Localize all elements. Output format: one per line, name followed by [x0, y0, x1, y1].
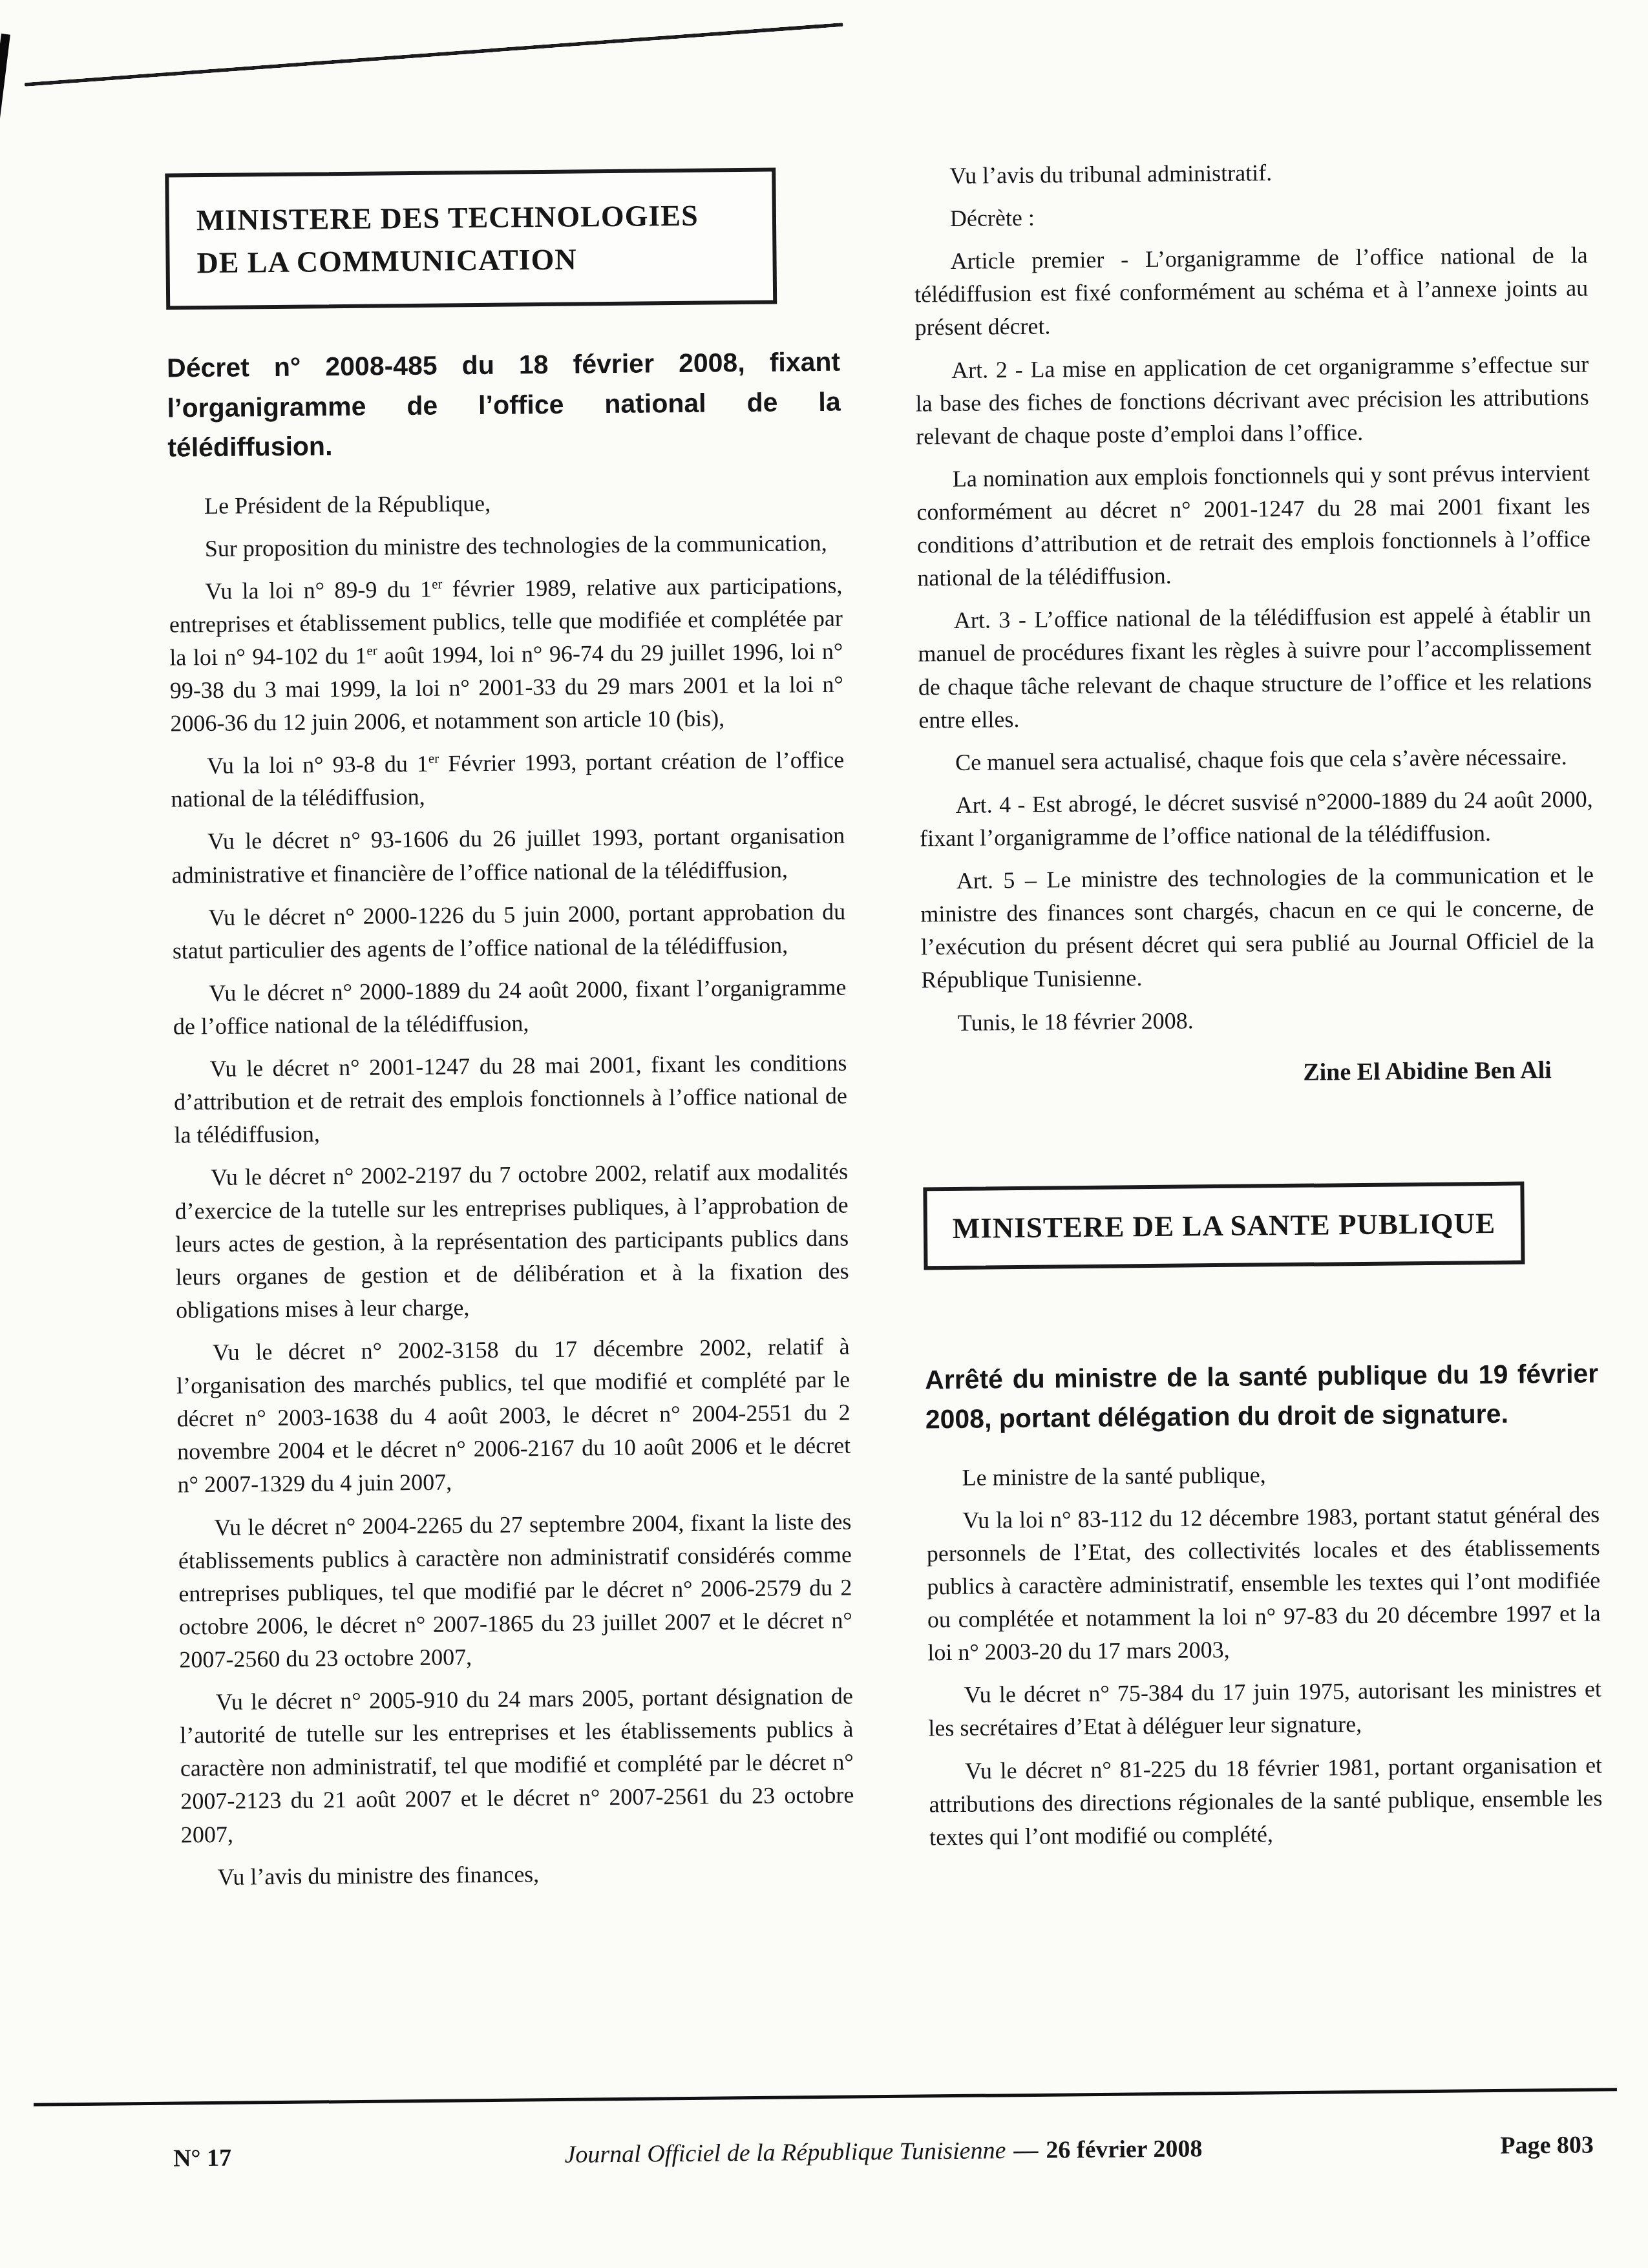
right-column-paragraphs: Vu l’avis du tribunal administratif.Décr…: [913, 153, 1594, 996]
scan-corner-artifact: [0, 34, 10, 143]
paragraph: Le Président de la République,: [168, 483, 841, 523]
left-column: MINISTERE DES TECHNOLOGIESDE LA COMMUNIC…: [165, 161, 855, 1904]
paragraph: Vu le décret n° 2002-2197 du 7 octobre 2…: [174, 1155, 849, 1327]
page-content: MINISTERE DES TECHNOLOGIESDE LA COMMUNIC…: [165, 154, 1602, 1904]
footer-rule: [34, 2088, 1617, 2106]
footer-center: Journal Officiel de la République Tunisi…: [386, 2133, 1380, 2171]
footer-date: 26 février 2008: [1046, 2135, 1202, 2163]
right-column: Vu l’avis du tribunal administratif.Décr…: [913, 153, 1603, 1896]
paragraph: Vu le décret n° 2005-910 du 24 mars 2005…: [180, 1680, 854, 1852]
paragraph: Vu le décret n° 93-1606 du 26 juillet 19…: [171, 819, 845, 892]
paragraph: Vu le décret n° 81-225 du 18 février 198…: [929, 1748, 1603, 1854]
paragraph: Vu le décret n° 2000-1889 du 24 août 200…: [173, 971, 847, 1043]
paragraph: Article premier - L’organigramme de l’of…: [914, 239, 1588, 344]
paragraph: Vu la loi n° 93-8 du 1er Février 1993, p…: [171, 744, 845, 816]
ministry-box-title-line: MINISTERE DES TECHNOLOGIES: [196, 196, 760, 239]
paragraph: Art. 2 - La mise en application de cet o…: [915, 348, 1589, 453]
right-column-paragraphs-after: Le ministre de la santé publique,Vu la l…: [925, 1455, 1603, 1854]
journal-title: Journal Officiel de la République Tunisi…: [564, 2137, 1006, 2168]
journal-page: MINISTERE DES TECHNOLOGIESDE LA COMMUNIC…: [0, 0, 1648, 2268]
footer: N° 17 Journal Officiel de la République …: [173, 2130, 1594, 2172]
paragraph: Vu le décret n° 75-384 du 17 juin 1975, …: [928, 1673, 1602, 1745]
paragraph: Vu la loi n° 83-112 du 12 décembre 1983,…: [926, 1498, 1601, 1670]
paragraph: Décrète :: [914, 196, 1587, 236]
decree-title: Décret n° 2008-485 du 18 février 2008, f…: [167, 342, 841, 468]
page-number: Page 803: [1380, 2130, 1594, 2161]
paragraph: Vu le décret n° 2001-1247 du 28 mai 2001…: [173, 1047, 847, 1152]
paragraph: La nomination aux emplois fonctionnels q…: [916, 456, 1591, 594]
paragraph: Vu l’avis du tribunal administratif.: [913, 153, 1587, 193]
paragraph: Vu le décret n° 2002-3158 du 17 décembre…: [176, 1330, 851, 1502]
paragraph: Art. 3 - L’office national de la télédif…: [918, 598, 1592, 737]
footer-separator: —: [1006, 2137, 1046, 2165]
arrete-title: Arrêté du ministre de la santé publique …: [925, 1354, 1599, 1440]
paragraph: Le ministre de la santé publique,: [925, 1455, 1599, 1495]
ministry-sante-box: MINISTERE DE LA SANTE PUBLIQUE: [923, 1181, 1525, 1270]
issue-number: N° 17: [173, 2142, 386, 2172]
signature: Zine El Abidine Ben Ali: [922, 1056, 1551, 1090]
ministry-box-title-line: DE LA COMMUNICATION: [196, 238, 760, 281]
paragraph: Art. 4 - Est abrogé, le décret susvisé n…: [919, 782, 1593, 855]
paragraph: Ce manuel sera actualisé, chaque fois qu…: [919, 740, 1592, 779]
paragraph: Vu la loi n° 89-9 du 1er février 1989, r…: [169, 569, 843, 740]
scan-edge-artifact: [25, 23, 843, 87]
paragraph: Vu l’avis du ministre des finances,: [181, 1854, 854, 1894]
left-column-paragraphs: Le Président de la République,Sur propos…: [168, 483, 855, 1894]
ministry-technologies-box: MINISTERE DES TECHNOLOGIESDE LA COMMUNIC…: [165, 168, 777, 310]
date-line: Tunis, le 18 février 2008.: [922, 1000, 1595, 1040]
paragraph: Art. 5 – Le ministre des technologies de…: [920, 859, 1595, 997]
paragraph: Vu le décret n° 2004-2265 du 27 septembr…: [178, 1505, 852, 1677]
paragraph: Vu le décret n° 2000-1226 du 5 juin 2000…: [172, 895, 846, 967]
paragraph: Sur proposition du ministre des technolo…: [169, 526, 842, 565]
